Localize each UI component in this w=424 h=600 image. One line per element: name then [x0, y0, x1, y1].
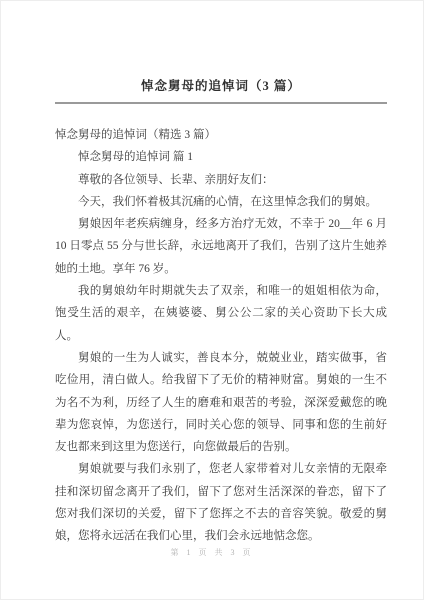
paragraph: 舅娘的一生为人诚实，善良本分，兢兢业业，踏实做事，省吃俭用，清白做人。给我留下了… — [55, 347, 387, 458]
paragraph: 悼念舅母的追悼词 篇 1 — [55, 146, 387, 168]
paragraph: 我的舅娘幼年时期就失去了双亲，和唯一的姐姐相依为命，饱受生活的艰辛，在姨婆婆、舅… — [55, 280, 387, 347]
document-title: 悼念舅母的追悼词（3 篇） — [55, 78, 387, 95]
page-number-footer: 第 1 页 共 3 页 — [0, 547, 424, 558]
document-page: 悼念舅母的追悼词（3 篇） 悼念舅母的追悼词（精选 3 篇）悼念舅母的追悼词 篇… — [0, 0, 424, 600]
document-content: 悼念舅母的追悼词（3 篇） 悼念舅母的追悼词（精选 3 篇）悼念舅母的追悼词 篇… — [55, 78, 387, 548]
document-body: 悼念舅母的追悼词（精选 3 篇）悼念舅母的追悼词 篇 1尊敬的各位领导、长辈、亲… — [55, 124, 387, 548]
paragraph: 今天，我们怀着极其沉痛的心情，在这里悼念我们的舅娘。 — [55, 191, 387, 213]
paragraph: 尊敬的各位领导、长辈、亲朋好友们： — [55, 169, 387, 191]
paragraph: 舅娘就要与我们永别了，您老人家带着对儿女亲情的无限牵挂和深切留念离开了我们，留下… — [55, 458, 387, 547]
title-divider — [55, 102, 387, 104]
paragraph: 悼念舅母的追悼词（精选 3 篇） — [55, 124, 387, 146]
paragraph: 舅娘因年老疾病缠身，经多方治疗无效，不幸于 20__年 6 月 10 日零点 5… — [55, 213, 387, 280]
